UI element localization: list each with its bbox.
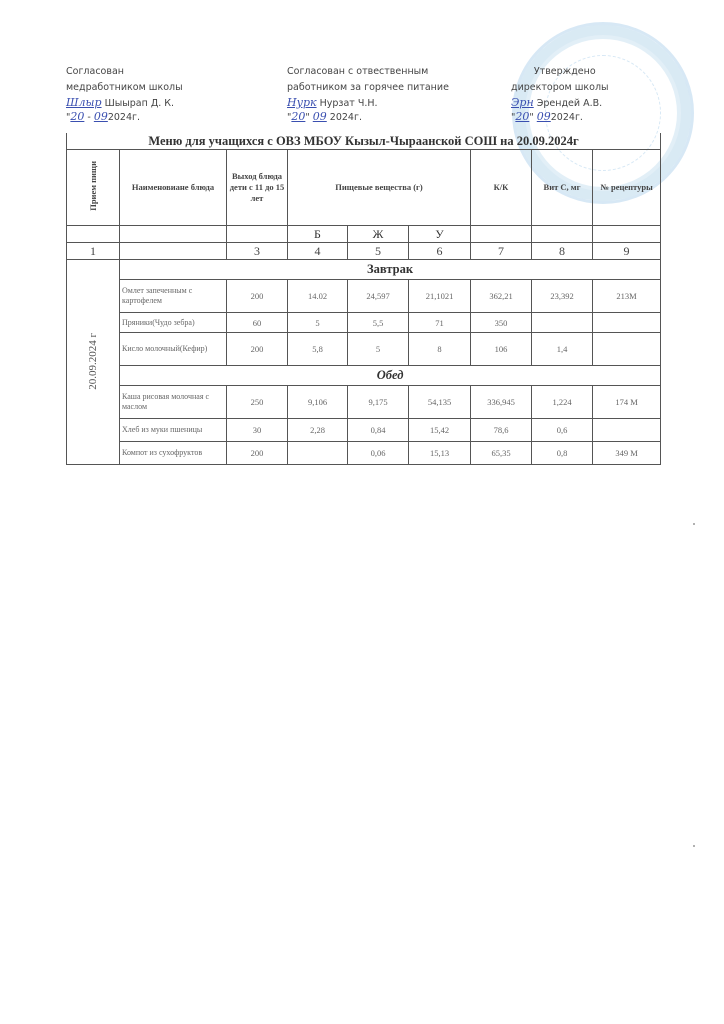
date-label: 20.09.2024 г xyxy=(88,333,98,390)
dish-name: Каша рисовая молочная с маслом xyxy=(120,386,227,419)
table-row: Каша рисовая молочная с маслом2509,1069,… xyxy=(67,386,661,419)
director-date-year: 2024г. xyxy=(551,112,583,123)
protein: 5 xyxy=(288,313,348,333)
header-meal-label: Прием пищи xyxy=(88,161,98,211)
subheader-protein: Б xyxy=(288,226,348,243)
yield: 250 xyxy=(227,386,288,419)
kcal: 350 xyxy=(471,313,532,333)
dish-name: Кисло молочный(Кефир) xyxy=(120,333,227,366)
kcal: 78,6 xyxy=(471,419,532,442)
col-num: 6 xyxy=(409,243,471,260)
menu-table: Меню для учащихся с ОВЗ МБОУ Кызыл-Чыраа… xyxy=(66,133,661,465)
carbs: 15,13 xyxy=(409,442,471,465)
protein: 9,106 xyxy=(288,386,348,419)
dish-name: Пряники(Чудо зебра) xyxy=(120,313,227,333)
subheader-empty xyxy=(227,226,288,243)
subheader-empty xyxy=(532,226,593,243)
approval-food-line2: работником за горячее питание xyxy=(287,80,449,96)
menu-title: Меню для учащихся с ОВЗ МБОУ Кызыл-Чыраа… xyxy=(67,133,661,150)
table-row: Хлеб из муки пшеницы302,280,8415,4278,60… xyxy=(67,419,661,442)
carbs: 15,42 xyxy=(409,419,471,442)
kcal: 65,35 xyxy=(471,442,532,465)
subheader-empty xyxy=(120,226,227,243)
fat: 0,84 xyxy=(348,419,409,442)
section-row: 20.09.2024 гЗавтрак xyxy=(67,260,661,280)
column-number-row: 1 3 4 5 6 7 8 9 xyxy=(67,243,661,260)
scan-speck xyxy=(693,523,695,525)
yield: 60 xyxy=(227,313,288,333)
carbs: 71 xyxy=(409,313,471,333)
recipe-number xyxy=(593,419,661,442)
vitamin-c xyxy=(532,313,593,333)
vitamin-c: 0,6 xyxy=(532,419,593,442)
protein xyxy=(288,442,348,465)
table-row: Пряники(Чудо зебра)6055,571350 xyxy=(67,313,661,333)
dish-name: Хлеб из муки пшеницы xyxy=(120,419,227,442)
recipe-number xyxy=(593,313,661,333)
table-row: Кисло молочный(Кефир)2005,8581061,4 xyxy=(67,333,661,366)
col-num: 3 xyxy=(227,243,288,260)
col-num: 8 xyxy=(532,243,593,260)
approval-food: Согласован с отвественным работником за … xyxy=(287,64,449,124)
date-sep: " xyxy=(529,112,536,123)
food-date-day: 20 xyxy=(291,110,305,123)
col-num xyxy=(120,243,227,260)
vitamin-c: 23,392 xyxy=(532,280,593,313)
header-vitc: Вит С, мг xyxy=(532,150,593,226)
subheader-carbs: У xyxy=(409,226,471,243)
food-signature: Нурк xyxy=(287,96,317,109)
approval-medical-line2: медработником школы xyxy=(66,80,183,96)
dish-name: Компот из сухофруктов xyxy=(120,442,227,465)
scan-speck xyxy=(693,845,695,847)
subheader-fat: Ж xyxy=(348,226,409,243)
section-label: Обед xyxy=(120,366,661,386)
subheader-empty xyxy=(593,226,661,243)
vitamin-c: 1,4 xyxy=(532,333,593,366)
date-sep: " xyxy=(305,112,312,123)
yield: 200 xyxy=(227,280,288,313)
yield: 200 xyxy=(227,442,288,465)
kcal: 106 xyxy=(471,333,532,366)
medical-date-day: 20 xyxy=(70,110,84,123)
header-dish: Наименовиане блюда xyxy=(120,150,227,226)
section-row: Обед xyxy=(67,366,661,386)
carbs: 8 xyxy=(409,333,471,366)
carbs: 21,1021 xyxy=(409,280,471,313)
director-date-day: 20 xyxy=(515,110,529,123)
table-row: Компот из сухофруктов2000,0615,1365,350,… xyxy=(67,442,661,465)
menu-body: 20.09.2024 гЗавтракОмлет запеченным с ка… xyxy=(67,260,661,465)
director-name: Эрендей А.В. xyxy=(537,98,602,109)
table-row: Омлет запеченным с картофелем20014.0224,… xyxy=(67,280,661,313)
medical-name: Шыырап Д. К. xyxy=(105,98,174,109)
fat: 0,06 xyxy=(348,442,409,465)
vitamin-c: 0,8 xyxy=(532,442,593,465)
fat: 9,175 xyxy=(348,386,409,419)
approval-medical-line1: Согласован xyxy=(66,64,183,80)
col-num: 1 xyxy=(67,243,120,260)
protein: 5,8 xyxy=(288,333,348,366)
col-num: 7 xyxy=(471,243,532,260)
recipe-number: 349 М xyxy=(593,442,661,465)
food-name: Нурзат Ч.Н. xyxy=(320,98,378,109)
approval-food-line1: Согласован с отвественным xyxy=(287,64,449,80)
dish-name: Омлет запеченным с картофелем xyxy=(120,280,227,313)
recipe-number xyxy=(593,333,661,366)
section-label: Завтрак xyxy=(120,260,661,280)
kcal: 362,21 xyxy=(471,280,532,313)
vitamin-c: 1,224 xyxy=(532,386,593,419)
col-num: 5 xyxy=(348,243,409,260)
protein: 14.02 xyxy=(288,280,348,313)
fat: 24,597 xyxy=(348,280,409,313)
date-sep: - xyxy=(84,112,93,123)
date-cell: 20.09.2024 г xyxy=(67,260,120,465)
approval-director-line1: Утверждено xyxy=(511,64,609,80)
food-date-year: 2024г. xyxy=(330,112,362,123)
col-num: 4 xyxy=(288,243,348,260)
medical-date-month: 09 xyxy=(94,110,108,123)
header-yield: Выход блюда дети с 11 до 15 лет xyxy=(227,150,288,226)
food-date-month: 09 xyxy=(313,110,327,123)
kcal: 336,945 xyxy=(471,386,532,419)
header-recipe: № рецептуры xyxy=(593,150,661,226)
header-row: Прием пищи Наименовиане блюда Выход блюд… xyxy=(67,150,661,226)
recipe-number: 213М xyxy=(593,280,661,313)
medical-date-year: 2024г. xyxy=(108,112,140,123)
approval-medical: Согласован медработником школы Шлыр Шыыр… xyxy=(66,64,183,124)
subheader-row: Б Ж У xyxy=(67,226,661,243)
approval-director-line2: директором школы xyxy=(511,80,609,96)
recipe-number: 174 М xyxy=(593,386,661,419)
director-date-month: 09 xyxy=(537,110,551,123)
yield: 30 xyxy=(227,419,288,442)
subheader-empty xyxy=(67,226,120,243)
carbs: 54,135 xyxy=(409,386,471,419)
subheader-empty xyxy=(471,226,532,243)
yield: 200 xyxy=(227,333,288,366)
header-meal: Прием пищи xyxy=(67,150,120,226)
header-nutrients: Пищевые вещества (г) xyxy=(288,150,471,226)
medical-signature: Шлыр xyxy=(66,96,102,109)
col-num: 9 xyxy=(593,243,661,260)
director-signature: Эрн xyxy=(511,96,534,109)
header-kk: К/К xyxy=(471,150,532,226)
approval-director: Утверждено директором школы Эрн Эрендей … xyxy=(511,64,609,124)
fat: 5 xyxy=(348,333,409,366)
protein: 2,28 xyxy=(288,419,348,442)
fat: 5,5 xyxy=(348,313,409,333)
